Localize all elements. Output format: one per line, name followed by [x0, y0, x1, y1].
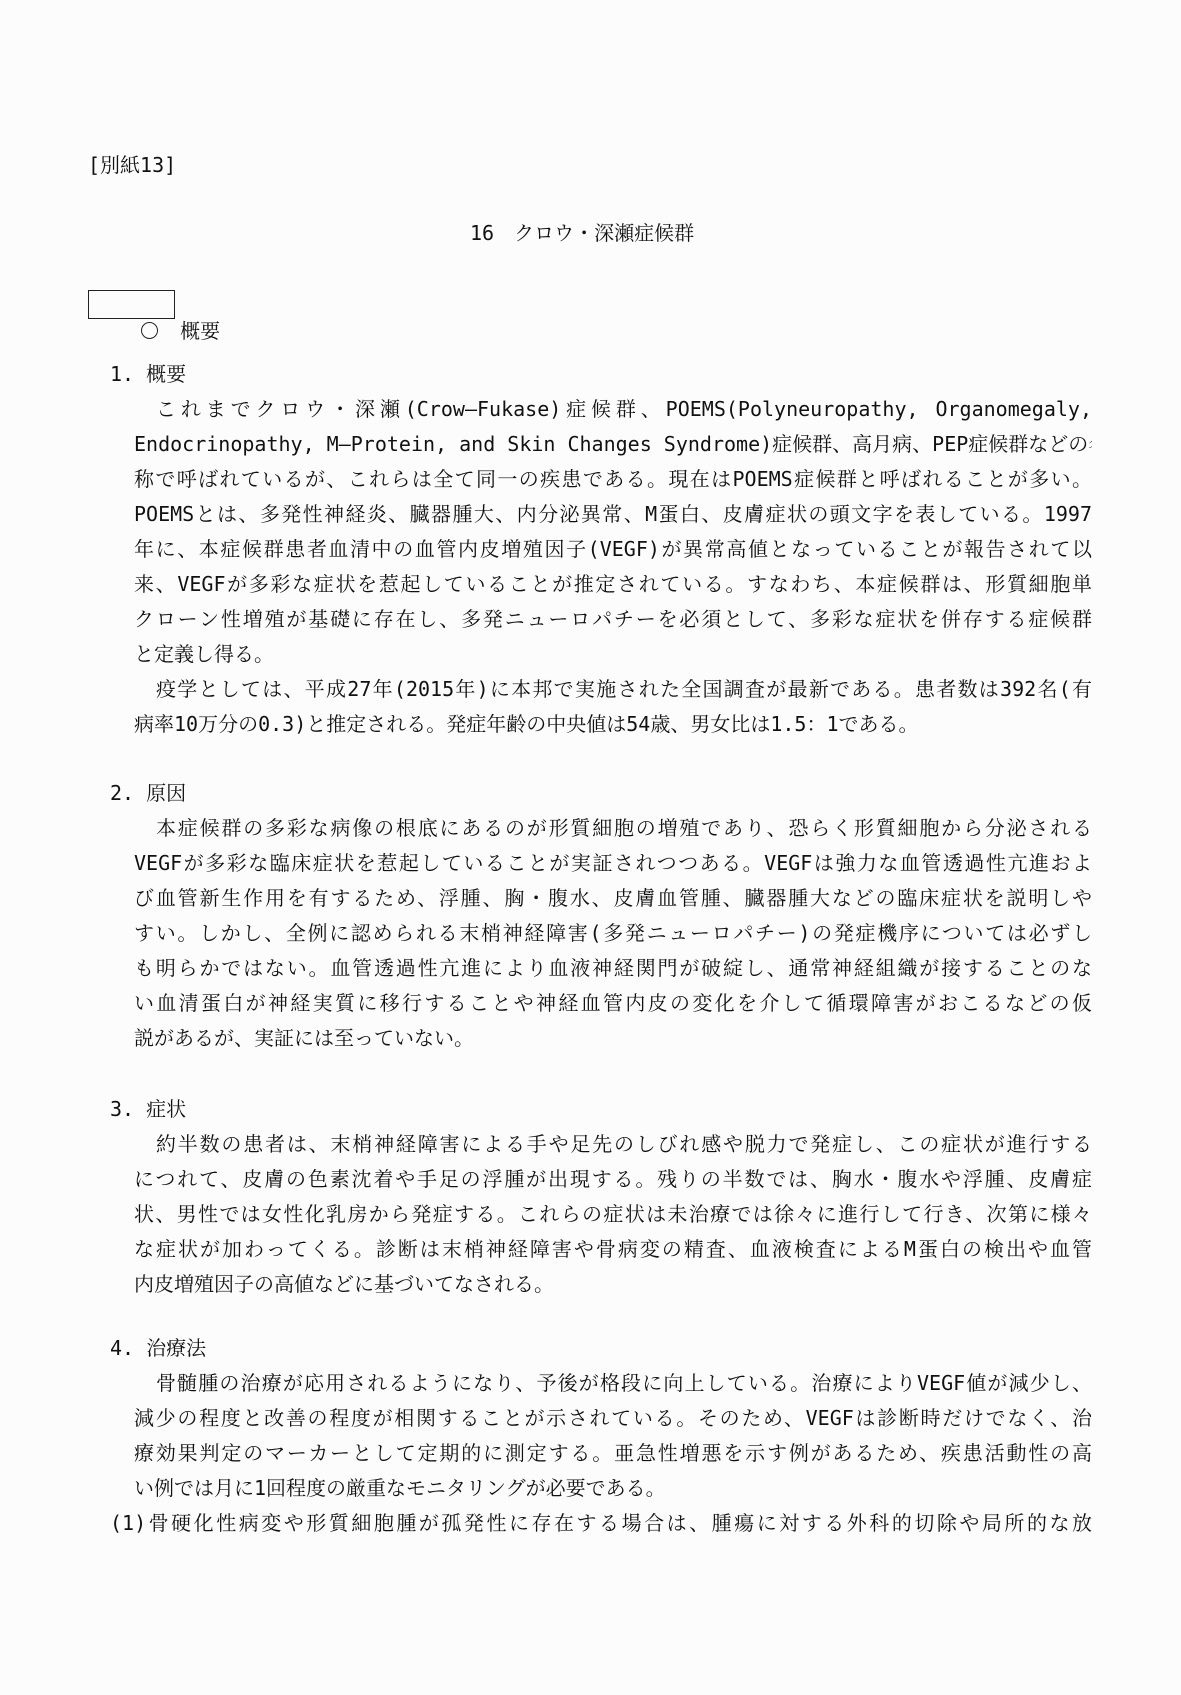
- overview-box: 概要: [88, 290, 175, 319]
- paragraph-line: 称で呼ばれているが、これらは全て同一の疾患である。現在はPOEMS症候群と呼ばれ…: [134, 462, 1092, 497]
- section-heading: 4. 治療法: [110, 1331, 206, 1366]
- paragraph-line: につれて、皮膚の色素沈着や手足の浮腫が出現する。残りの半数では、胸水・腹水や浮腫…: [134, 1162, 1092, 1197]
- list-item-line: (1)骨硬化性病変や形質細胞腫が孤発性に存在する場合は、腫瘍に対する外科的切除や…: [110, 1506, 1092, 1541]
- paragraph-line: 本症候群の多彩な病像の根底にあるのが形質細胞の増殖であり、恐らく形質細胞から分泌…: [134, 811, 1092, 846]
- paragraph-line: 病率10万分の0.3)と推定される。発症年齢の中央値は54歳、男女比は1.5：1…: [134, 707, 1092, 742]
- paragraph-line: 来、VEGFが多彩な症状を惹起していることが推定されている。すなわち、本症候群は…: [134, 567, 1092, 602]
- paragraph-line: 減少の程度と改善の程度が相関することが示されている。そのため、VEGFは診断時だ…: [134, 1401, 1092, 1436]
- paragraph-line: これまでクロウ・深瀬(Crow―Fukase)症候群、POEMS(Polyneu…: [134, 392, 1092, 427]
- paragraph-line: び血管新生作用を有するため、浮腫、胸・腹水、皮膚血管腫、臓器腫大などの臨床症状を…: [134, 881, 1092, 916]
- paragraph-line: POEMSとは、多発性神経炎、臓器腫大、内分泌異常、M蛋白、皮膚症状の頭文字を表…: [134, 497, 1092, 532]
- paragraph-line: Endocrinopathy, M―Protein, and Skin Chan…: [134, 427, 1092, 462]
- paragraph-line: と定義し得る。: [134, 637, 1092, 672]
- page-title: 16 クロウ・深瀬症候群: [470, 220, 694, 246]
- section-heading: 1. 概要: [110, 357, 186, 392]
- paragraph-line: 年に、本症候群患者血清中の血管内皮増殖因子(VEGF)が異常高値となっていること…: [134, 532, 1092, 567]
- paragraph-line: 内皮増殖因子の高値などに基づいてなされる。: [134, 1267, 1092, 1302]
- paragraph-line: い例では月に1回程度の厳重なモニタリングが必要である。: [134, 1471, 1092, 1506]
- paragraph-line: も明らかではない。血管透過性亢進により血液神経関門が破綻し、通常神経組織が接する…: [134, 951, 1092, 986]
- circle-icon: [141, 322, 158, 339]
- overview-box-label: 概要: [180, 319, 220, 343]
- paragraph-line: 説があるが、実証には至っていない。: [134, 1021, 1092, 1056]
- paragraph-line: 骨髄腫の治療が応用されるようになり、予後が格段に向上している。治療によりVEGF…: [134, 1366, 1092, 1401]
- section-heading: 3. 症状: [110, 1092, 186, 1127]
- paragraph-line: VEGFが多彩な臨床症状を惹起していることが実証されつつある。VEGFは強力な血…: [134, 846, 1092, 881]
- paragraph-line: 状、男性では女性化乳房から発症する。これらの症状は未治療では徐々に進行して行き、…: [134, 1197, 1092, 1232]
- section-heading: 2. 原因: [110, 776, 186, 811]
- paragraph-line: な症状が加わってくる。診断は末梢神経障害や骨病変の精査、血液検査によるM蛋白の検…: [134, 1232, 1092, 1267]
- paragraph-line: 疫学としては、平成27年(2015年)に本邦で実施された全国調査が最新である。患…: [134, 672, 1092, 707]
- paragraph-line: い血清蛋白が神経実質に移行することや神経血管内皮の変化を介して循環障害がおこるな…: [134, 986, 1092, 1021]
- paragraph-line: 約半数の患者は、末梢神経障害による手や足先のしびれ感や脱力で発症し、この症状が進…: [134, 1127, 1092, 1162]
- paragraph-line: クローン性増殖が基礎に存在し、多発ニューロパチーを必須として、多彩な症状を併存す…: [134, 602, 1092, 637]
- paragraph-line: すい。しかし、全例に認められる末梢神経障害(多発ニューロパチー)の発症機序につい…: [134, 916, 1092, 951]
- annex-label: [別紙13]: [88, 152, 176, 178]
- paragraph-line: 療効果判定のマーカーとして定期的に測定する。亜急性増悪を示す例があるため、疾患活…: [134, 1436, 1092, 1471]
